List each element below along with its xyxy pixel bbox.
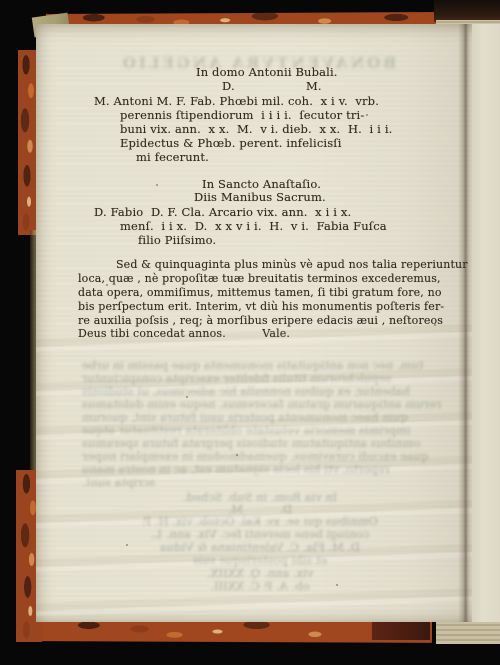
gutter-crease (458, 24, 472, 622)
inscription1-m: M. (306, 80, 322, 93)
paragraph-line: data opera, ommiſimus, mittemus tamen, ſ… (78, 286, 442, 299)
book-page: BONAVENTVRA ANGELIO tum, nec non antiqui… (36, 24, 500, 622)
adjacent-page-edge (472, 24, 500, 622)
bleedthrough-line: quae excudi curavimus, quemadmodum in ex… (82, 449, 429, 463)
inscription2-line: filio Piiſsimo. (138, 234, 216, 247)
bleedthrough-line: ob. A. P. C. XXIII. (120, 579, 400, 593)
inscription1-line: mi fecerunt. (136, 151, 209, 164)
bleedthrough-line: coniugi bene merenti fec. Vix. ann. L. (120, 527, 400, 541)
paragraph-line: bis perſpectum erit. Interim, vt diù his… (78, 300, 444, 313)
paragraph-line: Sed & quinquaginta plus minùs vè apud no… (116, 258, 468, 271)
marbled-edge-left-upper (18, 50, 38, 235)
bleedthrough-line: In via Rom. in Sub. Sched. (120, 490, 400, 504)
inscription1-d: D. (222, 80, 235, 93)
inscription1-line: Epidectus & Phœb. perent. infelicisſi (120, 137, 342, 150)
inscription2-line: menſ. i i x. D. x x v i i. H. v i. Fabia… (120, 220, 387, 233)
bleedthrough-line: Omnibus qui se. xv. Kal. Octob. vix. H. … (120, 514, 400, 528)
inscription1-line: M. Antoni M. F. Fab. Phœbi mil. coh. x i… (94, 95, 379, 108)
bleedthrough-line: reperto, vti his locis signatum est, ac … (82, 462, 390, 476)
paper-specks (36, 24, 37, 25)
inscription1-line: perennis ſtipendiorum i i i i. ſecutor t… (120, 109, 364, 122)
inscription2-subheading: Diis Manibus Sacrum. (194, 191, 326, 204)
page-edges-bottom-right (436, 622, 500, 644)
photo-stage: BONAVENTVRA ANGELIO tum, nec non antiqui… (0, 0, 500, 665)
paragraph-line: loca, quæ , nè propoſitæ tuæ breuitatis … (78, 272, 441, 285)
cover-patch-bottom-right (372, 620, 430, 640)
bleedthrough-line: vix. ann. Q. XXIIX. (120, 566, 400, 580)
paragraph-line: Deus tibi concedat annos. Vale. (78, 327, 290, 340)
bleedthrough-line: rerum antiquarum gratum faceremus, neque… (82, 397, 441, 411)
bleedthrough-line: et sibi posterisque suis (120, 553, 400, 567)
bleedthrough-line: D. M. Fla. C. Valentiniana & Vidua (120, 540, 400, 554)
bleedthrough-line: D. M. (120, 502, 400, 516)
inscription2-line: D. Fabio D. F. Cla. Arcario vix. ann. x … (94, 206, 351, 219)
bleedthrough-line: scripta sunt. (82, 475, 155, 489)
inscription1-heading: In domo Antonii Bubali. (196, 66, 338, 79)
bleedthrough-line: sepulchrorum titulis fideliter exscripta… (82, 371, 391, 385)
bleedthrough-line: quin haec monumenta posteris usui futura… (82, 410, 408, 424)
paragraph-line: re auxilia poſsis , req; à morſibus erip… (78, 314, 443, 327)
bleedthrough-line: omnibus antiquitatum studiosis pergrata … (82, 436, 420, 450)
paper-wrinkles (36, 324, 500, 622)
inscription1-line: buni vix. ann. x x. M. v i. dieb. x x. H… (120, 123, 392, 136)
binding-top-right (434, 0, 500, 22)
bleedthrough-line: habentur, ex quibus nonnulla hic adiecim… (82, 384, 410, 398)
bleedthrough-line: tum, nec non antiquitatis monumenta quae… (82, 358, 423, 372)
bleedthrough-line: imprimis memoria vetustate obliterata re… (82, 423, 410, 437)
